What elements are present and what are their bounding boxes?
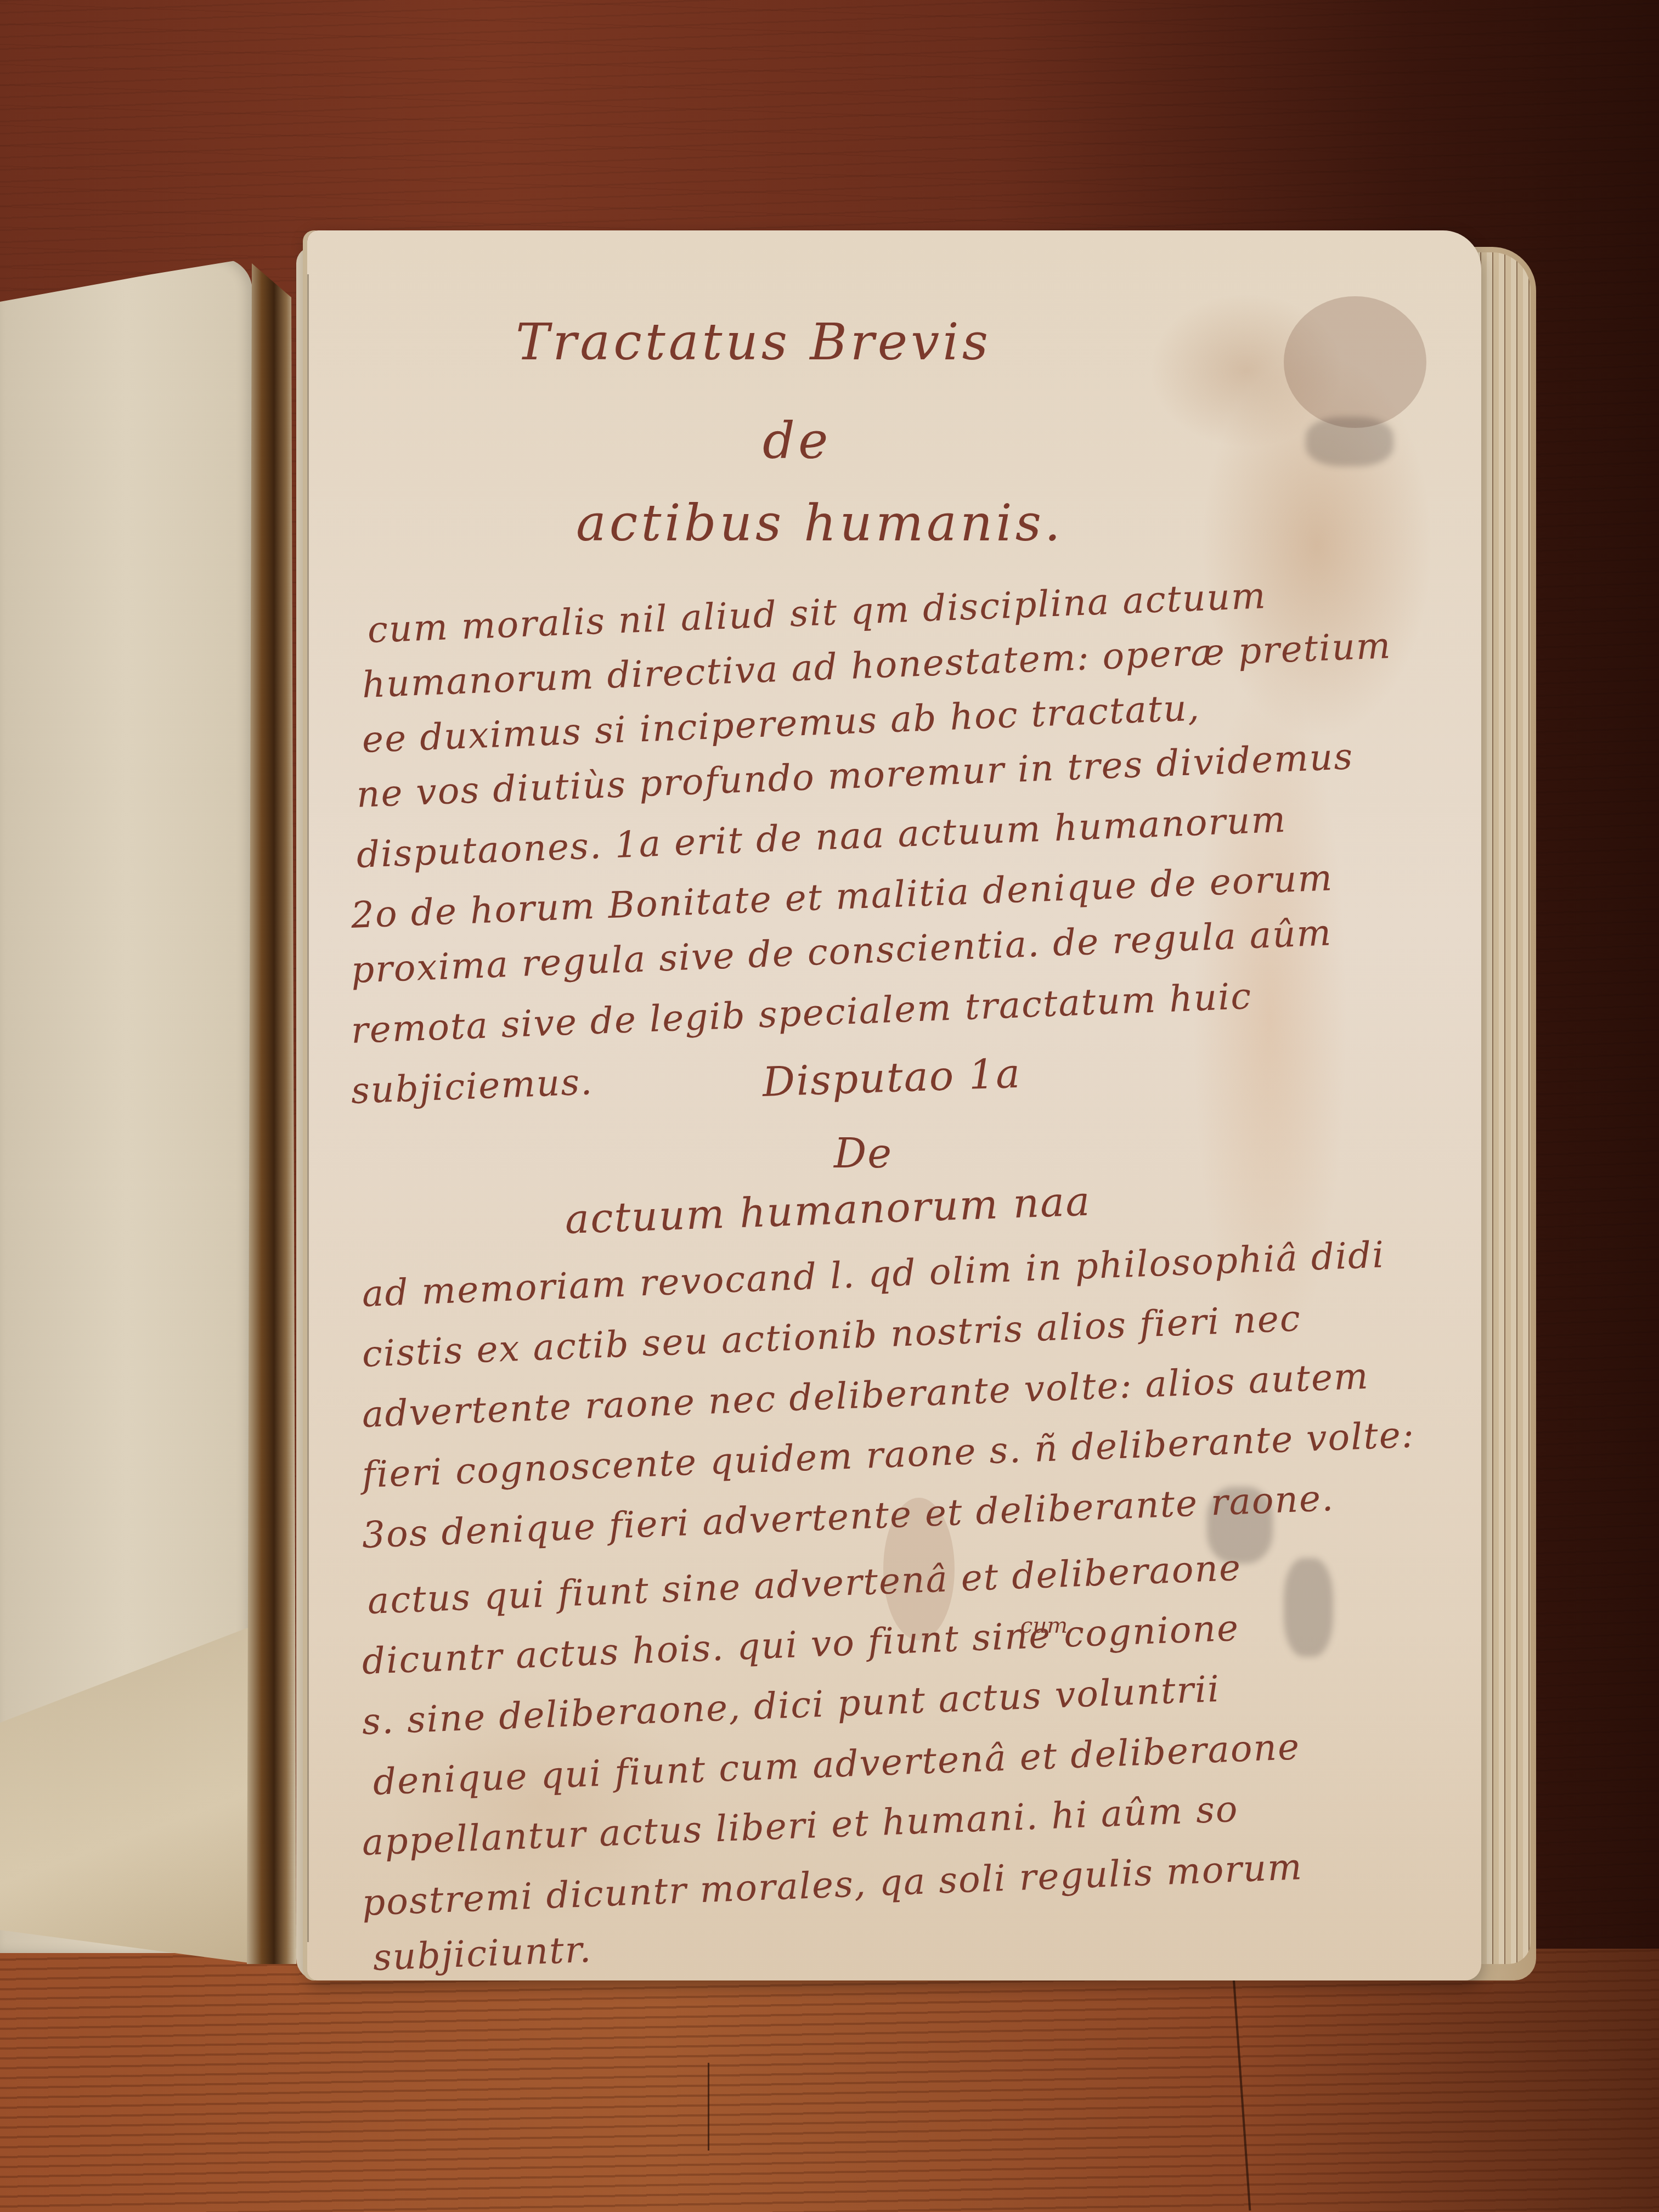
- intro-line: subjiciemus.: [351, 1060, 594, 1112]
- page-fold-line: [307, 274, 309, 1942]
- book-gutter: [247, 263, 296, 1964]
- body-line: s. sine deliberaone, dici punt actus vol…: [362, 1668, 1221, 1743]
- section-heading-line-3: actuum humanorum naa: [564, 1178, 1091, 1243]
- ink-smudge: [1306, 417, 1393, 466]
- manuscript-page: Tractatus Brevis de actibus humanis. cum…: [307, 230, 1481, 1980]
- section-heading-line-2: De: [834, 1130, 893, 1177]
- body-line: dicuntr actus hois. qui vo fiunt sine co…: [362, 1607, 1240, 1683]
- intro-line: remota sive de legib specialem tractatum…: [351, 975, 1253, 1052]
- title-line-3: actibus humanis.: [576, 494, 1064, 552]
- section-heading-line-1: Disputao 1a: [761, 1050, 1022, 1106]
- body-line: subjiciuntr.: [373, 1928, 593, 1979]
- title-line-2: de: [763, 411, 831, 470]
- body-line: actus qui fiunt sine advertenâ et delibe…: [367, 1547, 1243, 1622]
- title-line-1: Tractatus Brevis: [516, 313, 991, 371]
- ink-smudge: [1284, 1558, 1333, 1657]
- wooden-table-foreground: [0, 1949, 1659, 2212]
- water-stain: [1284, 296, 1426, 428]
- body-line: appellantur actus liberi et humani. hi a…: [362, 1788, 1239, 1864]
- wood-scratch: [708, 2063, 709, 2151]
- inserted-correction: cum: [1020, 1613, 1068, 1638]
